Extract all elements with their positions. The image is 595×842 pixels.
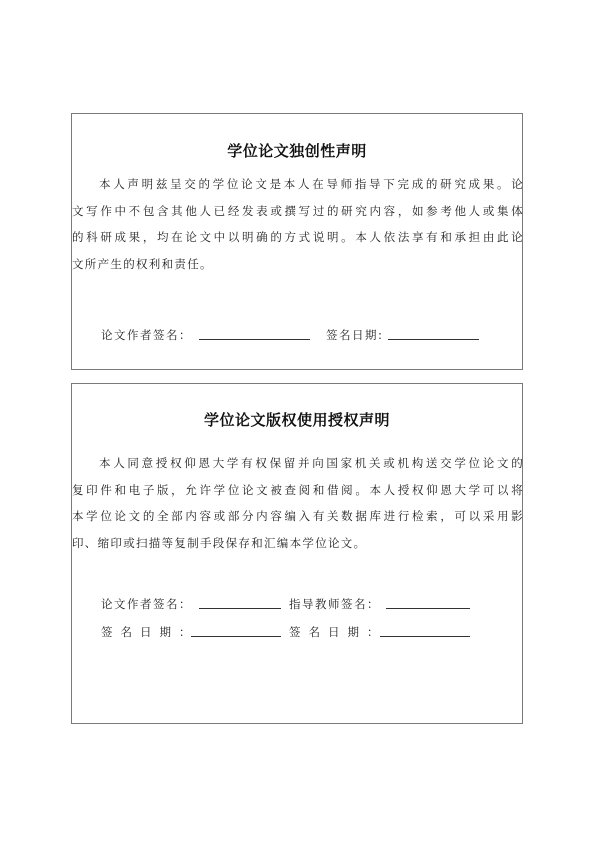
originality-declaration-body: 本人声明兹呈交的学位论文是本人在导师指导下完成的研究成果。论 文写作中不包含其他…	[72, 171, 524, 277]
paragraph-line: 本人同意授权仰恩大学有权保留并向国家机关或机构送交学位论文的	[72, 450, 524, 477]
author-date-field[interactable]	[191, 624, 281, 637]
advisor-date-field[interactable]	[380, 624, 470, 637]
advisor-date-label: 签名日期：	[289, 624, 387, 640]
paragraph-line: 文所产生的权利和责任。	[72, 251, 524, 278]
signature-date-label: 签名日期:	[326, 327, 383, 343]
declaration-signature-row: 论文作者签名： 签名日期:	[101, 327, 521, 343]
paragraph-line: 本学位论文的全部内容或部分内容编入有关数据库进行检索，可以采用影	[72, 503, 524, 530]
copyright-authorization-title: 学位论文版权使用授权声明	[72, 409, 522, 430]
signature-date-field[interactable]	[388, 327, 479, 340]
advisor-signature-field[interactable]	[386, 596, 470, 609]
authorization-signature-row: 论文作者签名： 指导教师签名：	[101, 596, 521, 612]
originality-declaration-title: 学位论文独创性声明	[72, 140, 522, 161]
paragraph-line: 本人声明兹呈交的学位论文是本人在导师指导下完成的研究成果。论	[72, 171, 524, 198]
paragraph-line: 的科研成果，均在论文中以明确的方式说明。本人依法享有和承担由此论	[72, 224, 524, 251]
advisor-signature-label: 指导教师签名：	[289, 596, 380, 612]
copyright-authorization-box: 学位论文版权使用授权声明 本人同意授权仰恩大学有权保留并向国家机关或机构送交学位…	[71, 383, 523, 724]
author-signature-field[interactable]	[199, 596, 281, 609]
paragraph-line: 复印件和电子版，允许学位论文被查阅和借阅。本人授权仰恩大学可以将	[72, 477, 524, 504]
copyright-authorization-body: 本人同意授权仰恩大学有权保留并向国家机关或机构送交学位论文的 复印件和电子版，允…	[72, 450, 524, 556]
author-date-label: 签名日期：	[101, 624, 199, 640]
author-signature-label: 论文作者签名：	[101, 596, 192, 612]
paragraph-line: 文写作中不包含其他人已经发表或撰写过的研究内容，如参考他人或集体	[72, 198, 524, 225]
author-signature-field[interactable]	[199, 327, 310, 340]
originality-declaration-box: 学位论文独创性声明 本人声明兹呈交的学位论文是本人在导师指导下完成的研究成果。论…	[71, 113, 523, 370]
authorization-date-row: 签名日期： 签名日期：	[101, 624, 521, 640]
author-signature-label: 论文作者签名：	[101, 327, 192, 343]
paragraph-line: 印、缩印或扫描等复制手段保存和汇编本学位论文。	[72, 530, 524, 557]
